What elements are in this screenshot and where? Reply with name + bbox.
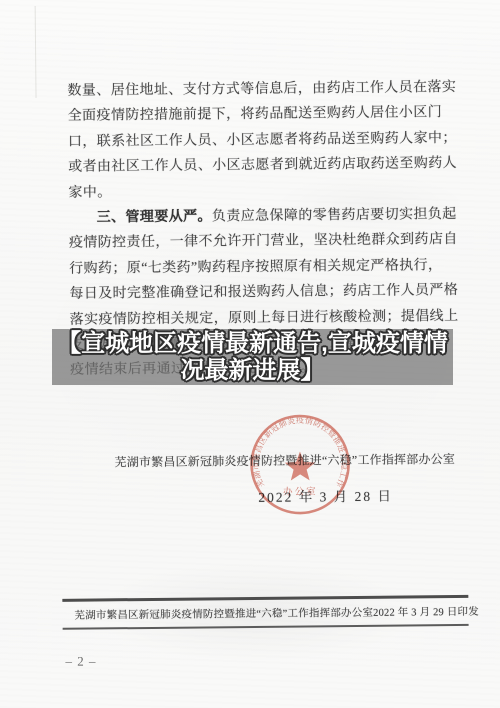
headline-line-1: 【宣城地区疫情最新通告,宣城疫情情	[57, 330, 448, 357]
text-line: 疫情防控责任，一律不允许开门营业，坚决杜绝群众到药店自	[69, 227, 461, 256]
footer-office: 芜湖市繁昌区新冠肺炎疫情防控暨推进“六稳”工作指挥部办公室	[74, 604, 373, 622]
official-seal: 芜湖市繁昌区新冠肺炎疫情防控暨推进六稳工作指挥部 办公室	[248, 412, 353, 517]
text-line: 家中。	[68, 177, 460, 206]
footer-rule	[62, 595, 468, 601]
section-heading-rest: 负责应急保障的零售药店要切实担负起	[212, 207, 457, 224]
scanned-document-page: 数量、居住地址、支付方式等信息后，由药店工作人员在落实 全面疫情防控措施前提下，…	[0, 0, 500, 708]
footer-rule	[63, 624, 469, 630]
svg-text:芜湖市繁昌区新冠肺炎疫情防控暨推进六稳工作指挥部: 芜湖市繁昌区新冠肺炎疫情防控暨推进六稳工作指挥部	[248, 412, 350, 490]
footer-imprint: 芜湖市繁昌区新冠肺炎疫情防控暨推进“六稳”工作指挥部办公室 2022 年 3 月…	[62, 601, 468, 625]
headline-line-2: 况最新进展】	[181, 357, 325, 384]
footer-print-date: 2022 年 3 月 29 日印发	[373, 603, 479, 619]
headline-overlay-banner: 【宣城地区疫情最新通告,宣城疫情情 况最新进展】	[52, 329, 453, 385]
text-line: 全面疫情防控措施前提下，将药品配送至购药人居住小区门	[68, 100, 460, 129]
text-line-section-heading: 三、管理要从严。负责应急保障的零售药店要切实担负起	[69, 202, 461, 231]
section-heading: 三、管理要从严。	[97, 209, 212, 225]
text-line: 口，联系社区工作人员、小区志愿者将药品送至购药人家中；	[68, 126, 460, 155]
text-line: 行购药；原“七类药”购药程序按照原有相关规定严格执行，	[69, 253, 461, 282]
page-number: – 2 –	[57, 653, 105, 669]
seal-ring-text: 芜湖市繁昌区新冠肺炎疫情防控暨推进六稳工作指挥部	[248, 412, 350, 490]
text-line: 或者由社区工作人员、小区志愿者到就近药店取药送至购药人	[68, 151, 460, 180]
seal-bottom-text: 办公室	[283, 485, 318, 497]
scan-edge-artifact	[35, 6, 37, 98]
text-line: 数量、居住地址、支付方式等信息后，由药店工作人员在落实	[67, 75, 459, 104]
star-icon	[285, 451, 316, 480]
text-line: 每日及时完整准确登记和报送购药人信息；药店工作人员严格	[69, 278, 461, 307]
